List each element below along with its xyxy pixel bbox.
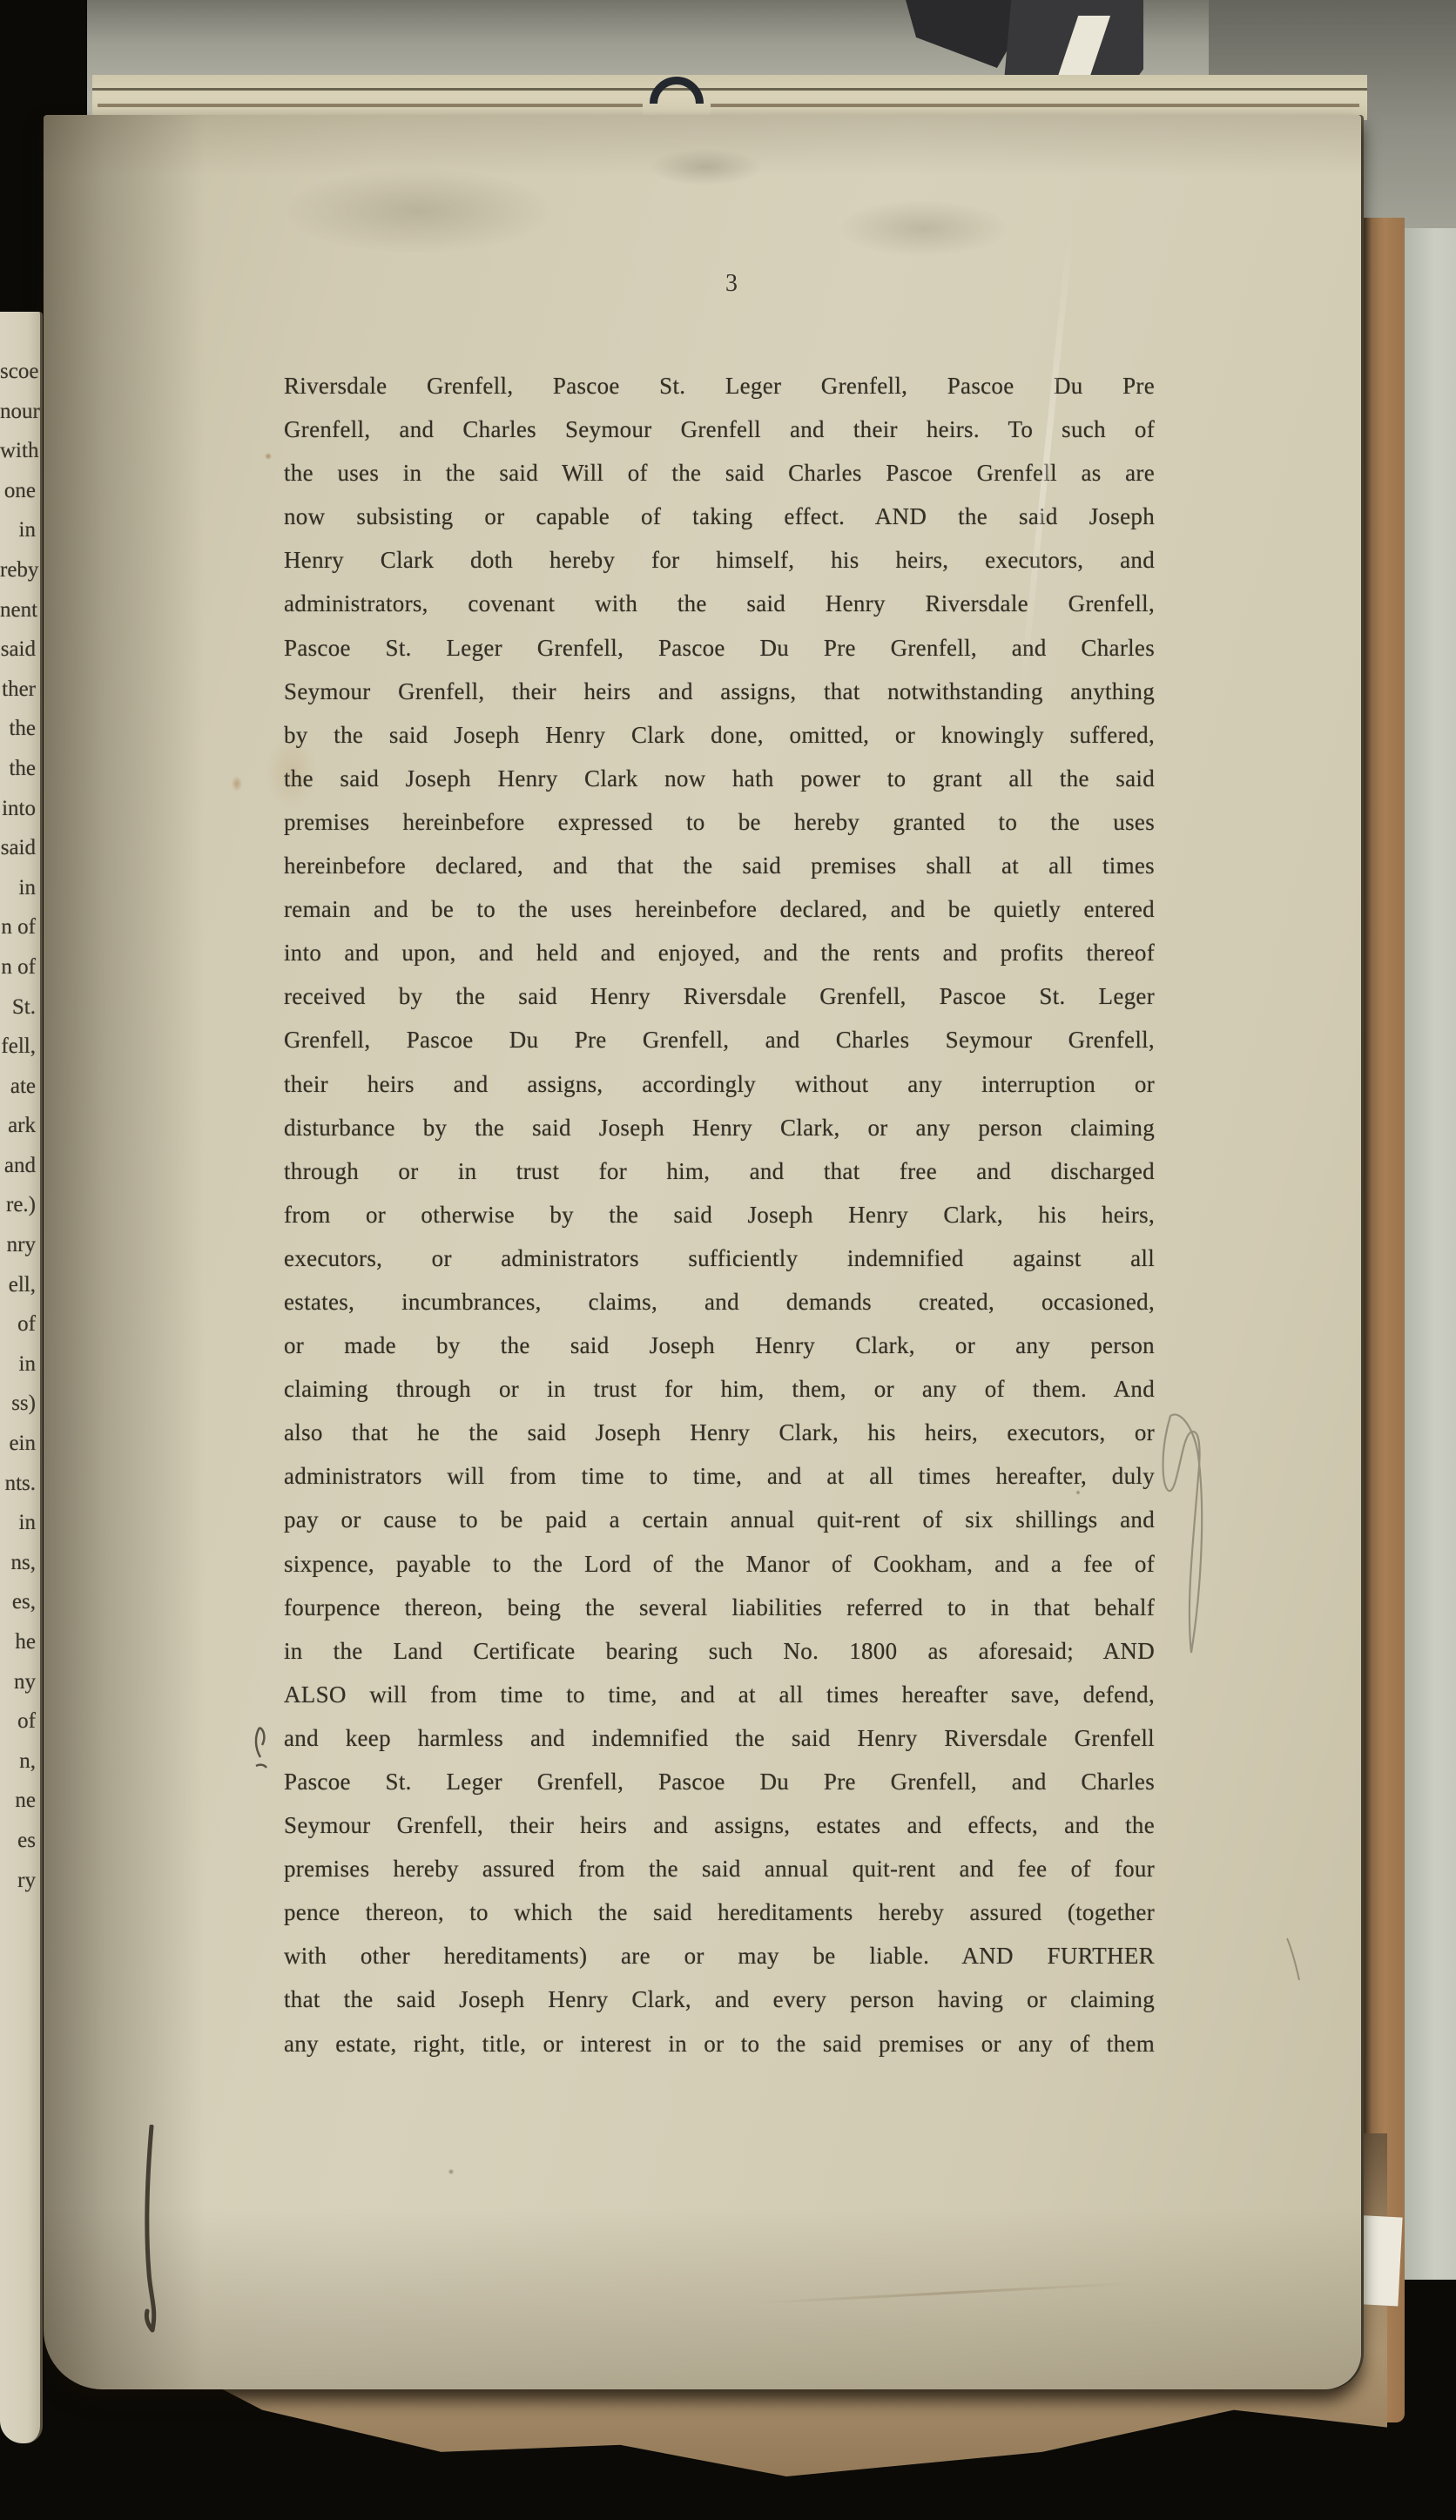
text-line: premises hereby assured from the said an… — [284, 1847, 1155, 1890]
margin-fragment: ein — [0, 1424, 40, 1464]
margin-fragment: n of — [0, 907, 40, 947]
page-edge-line — [92, 88, 1367, 91]
text-line: sixpence, payable to the Lord of the Man… — [284, 1542, 1155, 1586]
text-line: Pascoe St. Leger Grenfell, Pascoe Du Pre… — [284, 1760, 1155, 1803]
margin-fragment: and — [0, 1146, 40, 1186]
page-edge-line — [98, 104, 1359, 107]
margin-fragment: ther — [0, 670, 40, 710]
previous-page-text: scoenourwithoneinrebynentsaidtherthethei… — [0, 352, 40, 1900]
margin-fragment: of — [0, 1304, 40, 1344]
text-line: the uses in the said Will of the said Ch… — [284, 451, 1155, 495]
text-line: hereinbefore declared, and that the said… — [284, 844, 1155, 887]
text-line: Riversdale Grenfell, Pascoe St. Leger Gr… — [284, 364, 1155, 408]
text-line: that the said Joseph Henry Clark, and ev… — [284, 1978, 1155, 2021]
text-line: administrators, covenant with the said H… — [284, 582, 1155, 625]
margin-fragment: es, — [0, 1582, 40, 1622]
margin-fragment: ark — [0, 1106, 40, 1146]
photographed-book-page: 3 Riversdale Grenfell, Pascoe St. Leger … — [0, 0, 1456, 2520]
text-line: disturbance by the said Joseph Henry Cla… — [284, 1106, 1155, 1149]
margin-fragment: one — [0, 471, 40, 511]
text-line: now subsisting or capable of taking effe… — [284, 495, 1155, 538]
text-line: premises hereinbefore expressed to be he… — [284, 800, 1155, 844]
margin-fragment: the — [0, 749, 40, 789]
margin-fragment: ny — [0, 1662, 40, 1702]
text-line: ALSO will from time to time, and at all … — [284, 1673, 1155, 1716]
text-line: with other hereditaments) are or may be … — [284, 1934, 1155, 1978]
document-page: 3 Riversdale Grenfell, Pascoe St. Leger … — [44, 115, 1361, 2389]
paper-crease — [758, 2282, 1132, 2305]
margin-fragment: St. — [0, 987, 40, 1028]
margin-fragment: nent — [0, 590, 40, 630]
document-text: Riversdale Grenfell, Pascoe St. Leger Gr… — [284, 364, 1155, 2065]
margin-fragment: in — [0, 1503, 40, 1543]
text-line: pence thereon, to which the said heredit… — [284, 1890, 1155, 1934]
text-line: the said Joseph Henry Clark now hath pow… — [284, 757, 1155, 800]
text-line: by the said Joseph Henry Clark done, omi… — [284, 713, 1155, 757]
text-line: executors, or administrators sufficientl… — [284, 1236, 1155, 1280]
text-line: Grenfell, and Charles Seymour Grenfell a… — [284, 408, 1155, 451]
text-line: from or otherwise by the said Joseph Hen… — [284, 1193, 1155, 1236]
margin-fragment: in — [0, 868, 40, 908]
margin-fragment: said — [0, 828, 40, 868]
margin-fragment: ss) — [0, 1384, 40, 1424]
margin-fragment: nry — [0, 1225, 40, 1265]
text-line: any estate, right, title, or interest in… — [284, 2022, 1155, 2065]
pencil-mark — [1280, 1933, 1306, 1985]
page-number: 3 — [701, 270, 762, 298]
behind-page-edge — [1404, 228, 1456, 2280]
text-line: administrators will from time to time, a… — [284, 1454, 1155, 1498]
margin-fragment: nts. — [0, 1464, 40, 1504]
text-line: their heirs and assigns, accordingly wit… — [284, 1062, 1155, 1106]
text-line: remain and be to the uses hereinbefore d… — [284, 887, 1155, 931]
text-line: Grenfell, Pascoe Du Pre Grenfell, and Ch… — [284, 1018, 1155, 1061]
ink-mark — [251, 1724, 270, 1780]
margin-fragment: ne — [0, 1781, 40, 1821]
margin-fragment: reby — [0, 550, 40, 590]
margin-fragment: fell, — [0, 1027, 40, 1067]
margin-fragment: n, — [0, 1742, 40, 1782]
text-line: fourpence thereon, being the several lia… — [284, 1586, 1155, 1629]
margin-fragment: the — [0, 709, 40, 749]
text-line: through or in trust for him, and that fr… — [284, 1149, 1155, 1193]
margin-fragment: es — [0, 1821, 40, 1861]
text-line: pay or cause to be paid a certain annual… — [284, 1498, 1155, 1541]
text-line: claiming through or in trust for him, th… — [284, 1367, 1155, 1411]
margin-fragment: into — [0, 789, 40, 829]
margin-fragment: in — [0, 510, 40, 550]
text-line: also that he the said Joseph Henry Clark… — [284, 1411, 1155, 1454]
side-board — [1359, 218, 1405, 2422]
margin-fragment: nour — [0, 392, 40, 432]
margin-fragment: n of — [0, 947, 40, 987]
text-line: estates, incumbrances, claims, and deman… — [284, 1280, 1155, 1324]
page-stack-edge — [92, 75, 1367, 120]
text-line: Henry Clark doth hereby for himself, his… — [284, 538, 1155, 582]
text-line: Seymour Grenfell, their heirs and assign… — [284, 1803, 1155, 1847]
margin-fragment: ate — [0, 1067, 40, 1107]
margin-fragment: with — [0, 431, 40, 471]
margin-fragment: ry — [0, 1861, 40, 1901]
text-line: received by the said Henry Riversdale Gr… — [284, 974, 1155, 1018]
text-line: or made by the said Joseph Henry Clark, … — [284, 1324, 1155, 1367]
margin-fragment: he — [0, 1622, 40, 1662]
margin-fragment: of — [0, 1701, 40, 1742]
margin-fragment: ns, — [0, 1543, 40, 1583]
margin-fragment: re.) — [0, 1185, 40, 1225]
text-line: and keep harmless and indemnified the sa… — [284, 1716, 1155, 1760]
text-line: in the Land Certificate bearing such No.… — [284, 1629, 1155, 1673]
margin-fragment: in — [0, 1344, 40, 1385]
previous-page-edge: scoenourwithoneinrebynentsaidtherthethei… — [0, 312, 43, 2443]
margin-fragment: said — [0, 630, 40, 670]
text-line: into and upon, and held and enjoyed, and… — [284, 931, 1155, 974]
margin-fragment: ell, — [0, 1265, 40, 1305]
margin-fragment: scoe — [0, 352, 40, 392]
